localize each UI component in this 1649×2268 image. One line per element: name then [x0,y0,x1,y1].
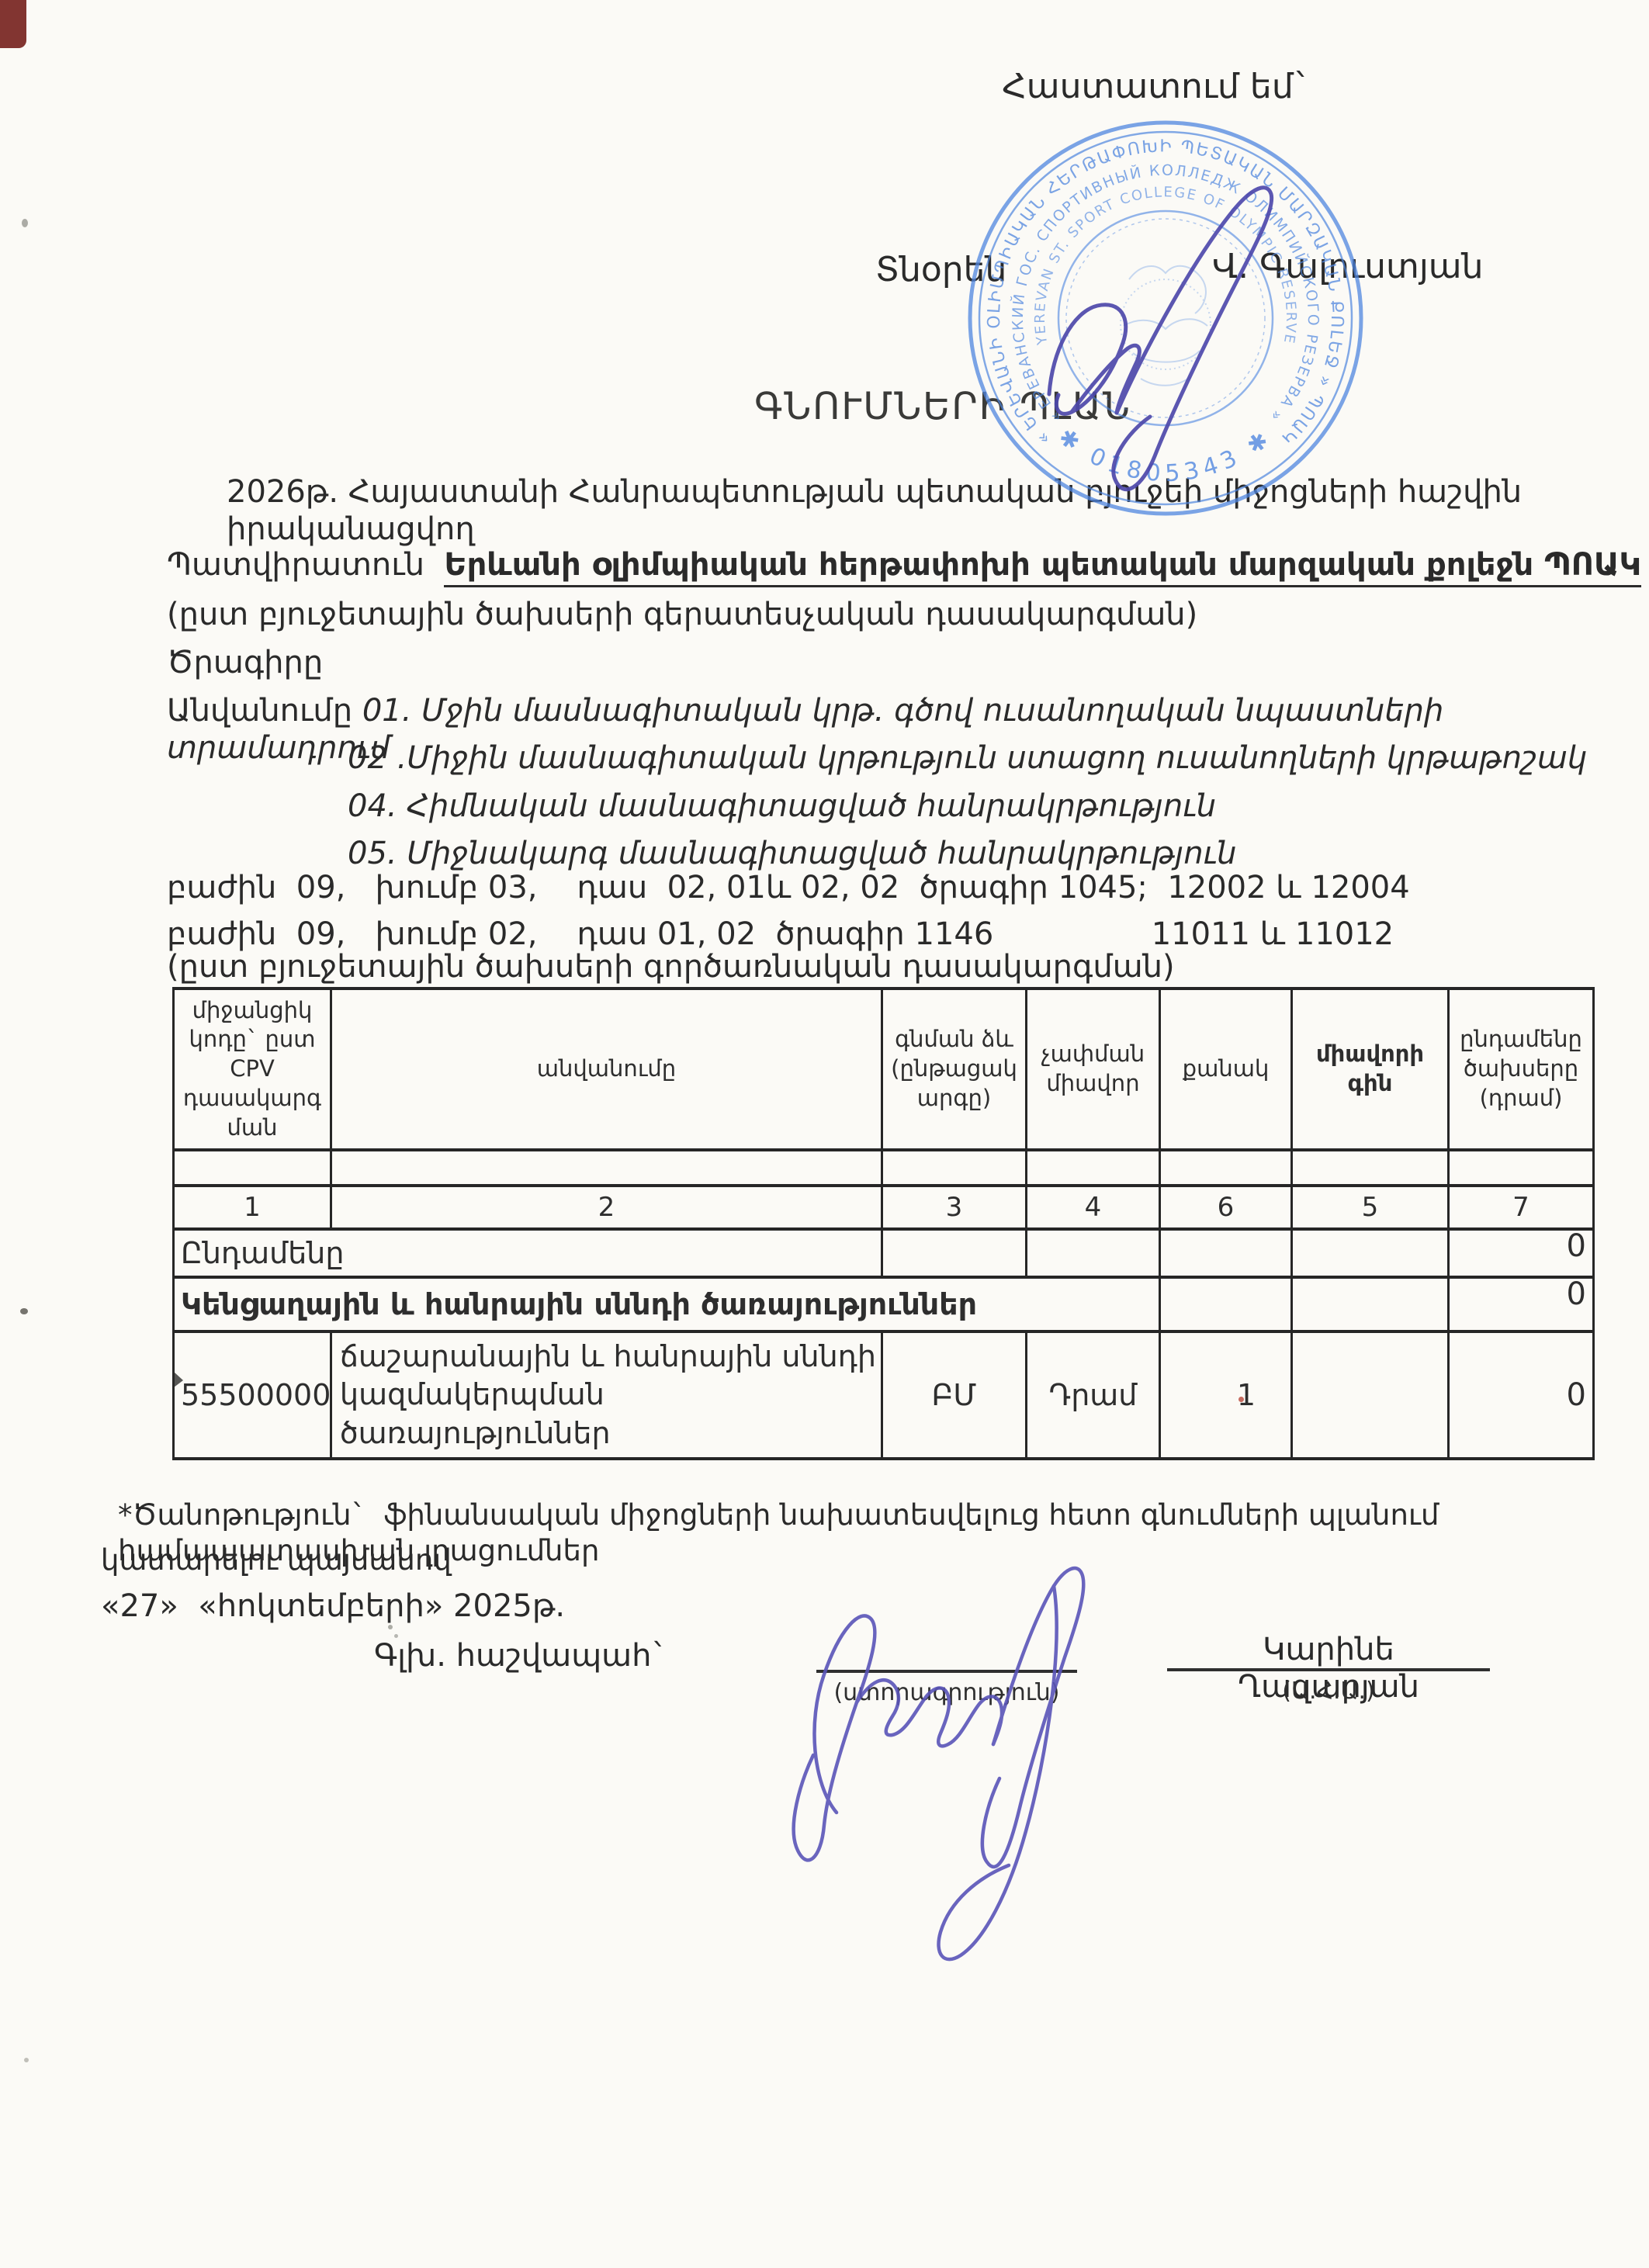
date-line: «27» «հոկտեմբերի» 2025թ. [101,1588,565,1625]
column-number: 3 [882,1186,1027,1229]
scan-speck [22,219,28,227]
column-number: 2 [331,1186,882,1229]
table-column-numbers-row: 1 2 3 4 6 5 7 [174,1186,1594,1229]
table-cell-empty [174,1150,331,1186]
total-row-amount: 0 [1449,1229,1594,1277]
dept-classification-note: (ըստ բյուջետային ծախսերի գերատեսչական դա… [167,596,1197,633]
name-caption: (Ա.Հ.Ա.) [1167,1678,1490,1705]
table-header-unit-price: միավորի գին [1292,989,1449,1150]
column-number: 7 [1449,1186,1594,1229]
table-cell-empty [1160,1229,1292,1277]
column-number: 1 [174,1186,331,1229]
customer-line: Պատվիրատուն Երևանի օլիմպիական հերթափոխի … [167,546,1641,583]
document-title: ԳՆՈՒՄՆԵՐԻ ՊԼԱՆ [594,385,1292,428]
table-cell-empty [1449,1150,1594,1186]
table-cell-empty [882,1150,1027,1186]
program-label: Ծրագիրը [167,644,323,681]
scan-speck [24,2058,29,2062]
scan-speck [20,1308,28,1314]
column-number: 5 [1292,1186,1449,1229]
program-name-label: Անվանումը [167,693,352,729]
signature-caption: (ստորագրություն) [816,1679,1077,1706]
table-cell-empty [1160,1150,1292,1186]
approval-label: Հաստատում եմ` [962,67,1350,108]
table-header-unit: չափման միավոր [1027,989,1160,1150]
table-header-name: անվանումը [331,989,882,1150]
table-cell-empty [1027,1150,1160,1186]
footnote-line-2: կատարելու պայմանով [101,1543,452,1578]
item-total: 0 [1449,1331,1594,1459]
budget-line-2: բաժին 09, խումբ 02, դաս 01, 02 ծրագիր 11… [167,916,1394,953]
accountant-name-line [1167,1668,1490,1671]
program-item-02: 02 .Միջին մասնագիտական կրթություն ստացող… [348,739,1587,777]
table-cell-empty [1292,1150,1449,1186]
accountant-signature-ink [794,1568,1084,1959]
column-number: 4 [1027,1186,1160,1229]
item-unit: Դրամ [1027,1331,1160,1459]
table-header-qty: քանակ [1160,989,1292,1150]
item-unit-price [1292,1331,1449,1459]
total-row-label: Ընդամենը [174,1229,882,1277]
item-name: ճաշարանային և հանրային սննդի կազմակերպմա… [331,1331,882,1459]
director-name: Վ. Գալուստյան [1212,247,1484,288]
table-header-row: միջանցիկ կոդը` ըստ CPV դասակարգման անվան… [174,989,1594,1150]
table-cell-empty [1027,1229,1160,1277]
item-procurement-form: ԲՄ [882,1331,1027,1459]
table-cell-empty [1292,1229,1449,1277]
func-classification-note: (ըստ բյուջետային ծախսերի գործառնական դաս… [167,948,1175,985]
table-category-row: Կենցաղային և հանրային սննդի ծառայություն… [174,1277,1594,1331]
category-row-label: Կենցաղային և հանրային սննդի ծառայություն… [174,1277,1160,1331]
table-cell-empty [882,1229,1027,1277]
director-title: Տնօրեն [875,250,1006,291]
category-row-amount: 0 [1449,1277,1594,1331]
director-signature-ink [1049,188,1272,490]
customer-name: Երևանի օլիմպիական հերթափոխի պետական մարզ… [444,547,1641,587]
table-empty-row [174,1150,1594,1186]
table-cell-empty [1160,1277,1292,1331]
accountant-label: Գլխ. հաշվապահ` [374,1637,667,1674]
official-stamp-seal: « ԵՐԵՎԱՆԻ ՕԼԻՄՊԻԱԿԱՆ ՀԵՐԹԱՓՈԽԻ ՊԵՏԱԿԱՆ Մ… [970,123,1361,514]
scan-speck [388,1625,393,1629]
program-item-05: 05. Միջնակարգ մասնագիտացված հանրակրթությ… [348,835,1236,872]
table-cell-empty [331,1150,882,1186]
table-item-row: 55500000 ճաշարանային և հանրային սննդի կա… [174,1331,1594,1459]
program-item-04: 04. Հիմնական մասնագիտացված հանրակրթությո… [348,788,1216,825]
scanned-document-page: Հաստատում եմ` Տնօրեն Վ. Գալուստյան ԳՆՈՒՄ… [0,0,1649,2268]
scan-corner-artifact [0,0,26,48]
table-header-form: գնման ձև (ընթացակարգը) [882,989,1027,1150]
signature-line [816,1670,1077,1673]
item-quantity: 1 [1160,1331,1292,1459]
intro-line: 2026թ. Հայաստանի Հանրապետության պետական … [227,473,1649,548]
table-header-cpv: միջանցիկ կոդը` ըստ CPV դասակարգման [174,989,331,1150]
column-number: 6 [1160,1186,1292,1229]
customer-label: Պատվիրատուն [167,547,424,583]
budget-line-1: բաժին 09, խումբ 03, դաս 02, 01և 02, 02 ծ… [167,869,1410,906]
table-cell-empty [1292,1277,1449,1331]
table-header-total: ընդամենը ծախսերը (դրամ) [1449,989,1594,1150]
table-total-row: Ընդամենը 0 [174,1229,1594,1277]
procurement-table: միջանցիկ կոդը` ըստ CPV դասակարգման անվան… [172,987,1595,1460]
item-cpv-code: 55500000 [174,1331,331,1459]
